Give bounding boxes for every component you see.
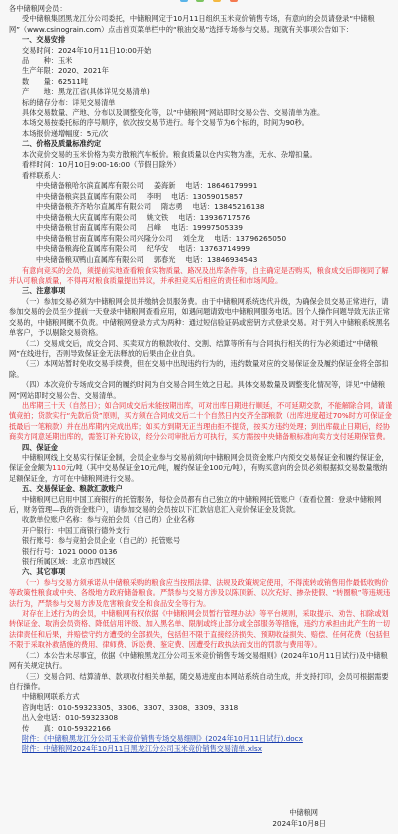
contact-company: 中央储备粮海伦直属库有限公司: [36, 244, 137, 255]
green-dot-icon: [196, 0, 204, 2]
notice-item-3: （三）本网站暂时免收交易手续费，但在交易中出现违约行为的，违约数量对应的交易保证…: [9, 359, 393, 380]
price-note: 本次竞价交易的玉米价格为卖方散粮汽车板价。粮食质量以仓内实物为准，无水、杂增扣量…: [9, 150, 393, 160]
contact-info-title: 中储粮网联系方式: [9, 692, 393, 702]
contact-phone: 电话：13845216138: [193, 202, 265, 213]
deposit-amount: 110: [52, 463, 66, 472]
contact-company: 中央储备粮双鸭山直属库有限公司: [36, 255, 144, 266]
contact-company: 中央储备粮甘南直属库有限公司: [36, 223, 137, 234]
intro-paragraph: 受中储粮集团黑龙江分公司委托，中储粮网定于10月11日组织玉米竞价销售专场，有意…: [9, 14, 393, 35]
contact-company: 中央储备粮哈尔滨直属库有限公司: [36, 181, 144, 192]
signature-org: 中储粮网: [0, 808, 318, 818]
contact-name: 吕峰: [147, 223, 161, 234]
deposit-text-b: 元/吨（其中交易保证金10元/吨，履约保证金100元/吨），有购买意向的会员必须…: [9, 463, 387, 482]
salutation: 各中储粮网会员：: [9, 4, 393, 14]
other-item-3: （三）交易合同、结算清单、款项收付相关单据，随交易进度由本网站系统自动生成，并支…: [9, 672, 393, 693]
bank-name: 开户银行：中国工商银行德外支行: [9, 526, 393, 536]
storage-distribution: 标的储存分布：详见交易清单: [9, 98, 393, 108]
contact-company: 中央储备粮齐齐哈尔直属库有限公司: [36, 202, 151, 213]
viewing-time: 看样时间：10月10日9:00-16:00（节假日除外）: [9, 160, 393, 170]
variety: 品 种：玉米: [9, 56, 393, 66]
contact-company: 中央储备粮宾县直属库有限公司: [36, 192, 137, 203]
orange-dot-icon: [230, 0, 238, 2]
notice-item-1: （一）参加交易必须为中储粮网会员并缴纳会员服务费。由于中储粮网系统迭代升级，为确…: [9, 297, 393, 339]
yellow-dot-icon: [213, 0, 221, 2]
contact-row: 中央储备粮双鸭山直属库有限公司郭春光电话：13846934543: [9, 255, 393, 266]
contact-phone: 电话：13763714999: [178, 244, 250, 255]
penalty-warning: 对存在上述行为的会员，中储粮网有权依据《中储粮网会员暂行管理办法》等平台规则，采…: [9, 609, 393, 651]
notice-item-4: （四）本次竞价专场成交合同的履约时间为自交易合同生效之日起。具体交易数量及调整变…: [9, 380, 393, 401]
contact-phone: 电话：13846934543: [185, 255, 257, 266]
bank-code: 银行行号：1021 0000 0136: [9, 547, 393, 557]
contact-name: 郭春光: [154, 255, 176, 266]
attachment-trade-list-xlsx-link[interactable]: 附件：中储粮网2024年10月11日黑龙江分公司玉米竞价销售交易清单.xlsx: [22, 744, 262, 753]
contact-row: 中央储备粮甘南直属库有限公司吕峰电话：19997505339: [9, 223, 393, 234]
blue-dot-icon: [180, 0, 188, 2]
attachment-rules-docx-link[interactable]: 附件：《中储粮黑龙江分公司玉米竞价销售专场交易细则》(2024年10月11日试行…: [22, 734, 303, 743]
section-2-title: 二、价格及质量标准约定: [9, 139, 393, 149]
details-note: 具体交易数量、产地、分布以及调整变化等，以“中储粮网”网站即时交易公告、交易清单…: [9, 108, 393, 118]
contacts-label: 看样联系人：: [9, 171, 393, 181]
contact-row: 中央储备粮甘南直属库有限公司兴隆分公司刘全龙电话：13796265050: [9, 234, 393, 245]
section-3-title: 三、注意事项: [9, 286, 393, 296]
production-year: 生产年限：2020、2021年: [9, 66, 393, 76]
announcement-document: 各中储粮网会员： 受中储粮集团黑龙江分公司委托，中储粮网定于10月11日组织玉米…: [9, 4, 393, 755]
contact-company: 中央储备粮大庆直属库有限公司: [36, 213, 137, 224]
trade-time: 交易时间：2024年10月11日10:00开始: [9, 46, 393, 56]
contact-name: 李明: [147, 192, 161, 203]
compliance-warning: （一）参与交易方须承诺从中储粮采购的粮食应当按照法律、法规及政策规定使用，不得流…: [9, 578, 393, 609]
contact-name: 隋志勇: [161, 202, 183, 213]
deposit-paragraph: 中储粮网线上交易实行保证金制，会员企业参与交易前须向中储粮网会员资金账户内预交交…: [9, 453, 393, 484]
contact-company: 中央储备粮甘南直属库有限公司兴隆分公司: [36, 234, 173, 245]
fax: 传 真：010-59322166: [9, 724, 393, 734]
contact-name: 姚文铁: [147, 213, 169, 224]
contact-row: 中央储备粮海伦直属库有限公司纪华安电话：13763714999: [9, 244, 393, 255]
consult-phone: 咨询电话：010-59323305、3306、3307、3308、3309、33…: [9, 703, 393, 713]
contact-phone: 电话：19997505339: [171, 223, 243, 234]
section-5-title: 五、交易保证金、粮款汇款账户: [9, 484, 393, 494]
contact-row: 中央储备粮齐齐哈尔直属库有限公司隋志勇电话：13845216138: [9, 202, 393, 213]
contact-phone: 电话：18646179991: [185, 181, 257, 192]
account-name: 收款单位账户名称：参与竞拍会员（自己的）企业名称: [9, 515, 393, 525]
section-6-title: 六、其它事项: [9, 567, 393, 577]
contact-phone: 电话：13936717576: [178, 213, 250, 224]
top-color-indicator: [0, 0, 398, 3]
account-number: 银行账号：参与竞拍会员企业（自己的）托管账号: [9, 536, 393, 546]
contact-name: 姜海新: [154, 181, 176, 192]
quality-warning: 有意向竞买的会员，须提前实地查看粮食实物质量、路况及出库条件等，自主确定是否购买…: [9, 266, 393, 287]
origin: 产 地：黑龙江省(具体详见交易清单): [9, 87, 393, 97]
contact-row: 中央储备粮哈尔滨直属库有限公司姜海新电话：18646179991: [9, 181, 393, 192]
contact-name: 纪华安: [147, 244, 169, 255]
signature-date: 2024年10月8日: [0, 819, 326, 829]
bank-region: 银行所属区域：北京市西城区: [9, 557, 393, 567]
section-4-title: 四、保证金: [9, 443, 393, 453]
quantity: 数 量：62511吨: [9, 77, 393, 87]
contact-phone: 电话：13796265050: [214, 234, 286, 245]
contact-row: 中央储备粮宾县直属库有限公司李明电话：13059015857: [9, 192, 393, 203]
session-order-note: 本场交易按委托标的序号顺序，依次按交易节进行。每个交易节为6个标的，时间为90秒…: [9, 118, 393, 128]
escrow-paragraph: 中储粮网已启用中国工商银行的托管服务，每位会员都有自己独立的中储粮网托管账户（查…: [9, 495, 393, 516]
section-1-title: 一、交易安排: [9, 35, 393, 45]
notice-item-2: （二）交易成交后，成交合同、买卖双方的粮款收付、交割、结算等所有与合同执行相关的…: [9, 339, 393, 360]
delivery-warning: 出库期三十天（自然日）；如合同成交后未能按期出库，可对出库日期进行顺延，不可延期…: [9, 401, 393, 443]
other-item-2: （二）本公告未尽事宜，依据《中储粮黑龙江分公司玉米竞价销售专场交易细则》(202…: [9, 651, 393, 672]
contact-name: 刘全龙: [183, 234, 205, 245]
funds-phone: 出入金电话：010-59323308: [9, 713, 393, 723]
bid-increment: 本场报价递增幅度：5元/次: [9, 129, 393, 139]
contact-phone: 电话：13059015857: [171, 192, 243, 203]
contact-row: 中央储备粮大庆直属库有限公司姚文铁电话：13936717576: [9, 213, 393, 224]
